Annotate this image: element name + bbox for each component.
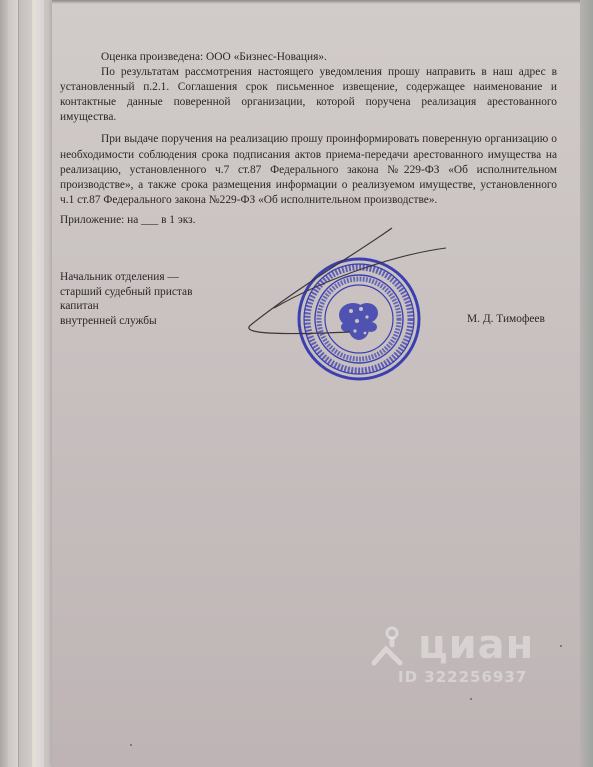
signer-title-line: капитан [60, 299, 192, 314]
scan-right-edge [580, 0, 593, 767]
page-shadow [52, 0, 580, 4]
cian-logo-icon [370, 623, 414, 667]
watermark-brand: циан [418, 622, 534, 668]
watermark-id: ID 322256937 [398, 668, 534, 686]
signer-title-line: Начальник отделения — [60, 270, 192, 285]
signer-title-line: внутренней службы [60, 314, 192, 329]
handwritten-signature [240, 226, 500, 346]
paper-edge [18, 0, 33, 767]
signer-block: Начальник отделения — старший судебный п… [60, 270, 192, 328]
scan-speck [560, 645, 562, 647]
signer-title-line: старший судебный пристав [60, 285, 192, 300]
paragraph-request: По результатам рассмотрения настоящего у… [60, 65, 557, 125]
cian-watermark: циан ID 322256937 [370, 622, 534, 686]
scan-speck [470, 698, 472, 700]
paper-edge [44, 0, 52, 767]
signer-name: М. Д. Тимофеев [467, 313, 545, 325]
paper-edge [8, 0, 18, 767]
attachment-line: Приложение: на ___ в 1 экз. [60, 214, 195, 226]
paragraph-instruction: При выдаче поручения на реализацию прошу… [60, 132, 557, 207]
paragraph-evaluation: Оценка произведена: ООО «Бизнес-Новация»… [60, 50, 557, 65]
document-body: Оценка произведена: ООО «Бизнес-Новация»… [60, 50, 557, 208]
scan-speck [130, 744, 132, 746]
paper-edge [0, 0, 8, 767]
